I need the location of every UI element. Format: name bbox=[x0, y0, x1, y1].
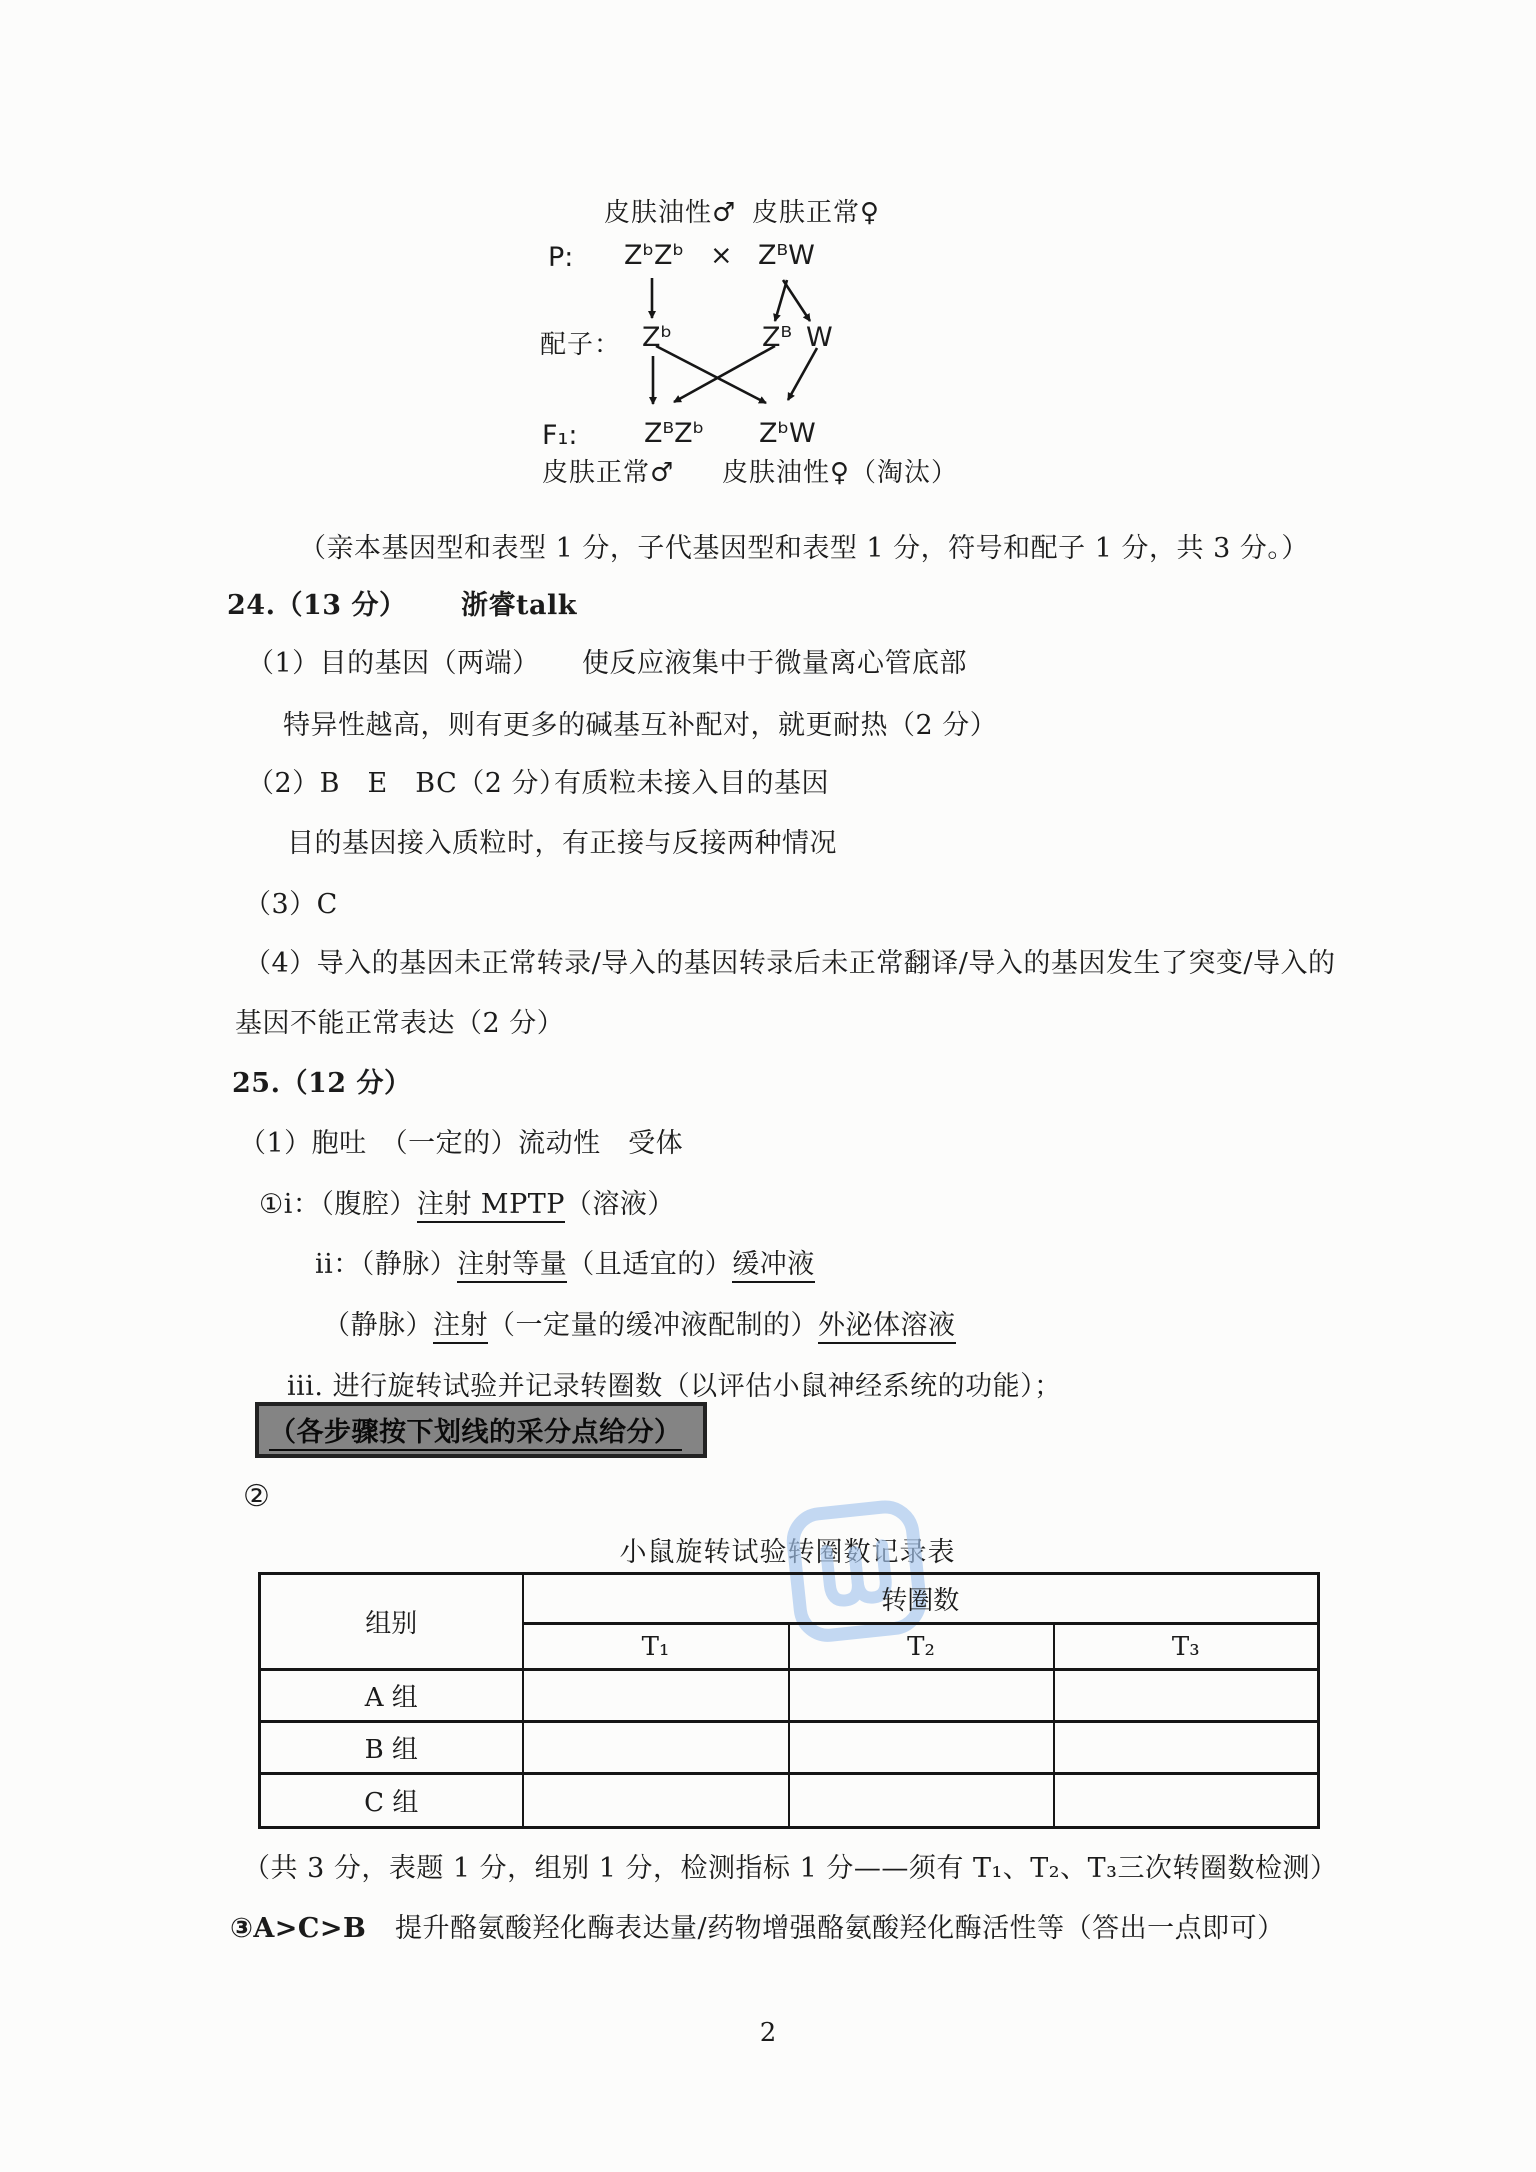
scoring-highlight-box: （各步骤按下划线的采分点给分） bbox=[255, 1402, 707, 1458]
step-ii-underlined-2: 缓冲液 bbox=[732, 1249, 815, 1283]
q24-heading: 24.（13 分） bbox=[227, 589, 406, 623]
parent-phenotype-female: 皮肤正常♀ bbox=[752, 192, 880, 229]
p-generation-label: P: bbox=[548, 242, 573, 273]
q24-answer2-part2: 有质粒未接入目的基因 bbox=[554, 767, 829, 801]
step-i-prefix: ①i：（腹腔） bbox=[259, 1189, 417, 1220]
header-span-turns: 转圈数 bbox=[523, 1574, 1319, 1624]
circled-2-marker: ② bbox=[243, 1478, 270, 1516]
cell-c-t1 bbox=[523, 1774, 789, 1828]
q24-answer3: （3）C bbox=[244, 888, 338, 922]
f1-label: F₁: bbox=[542, 420, 577, 451]
gametes-label: 配子： bbox=[540, 324, 621, 361]
q25-step-iii: iii. 进行旋转试验并记录转圈数（以评估小鼠神经系统的功能）； bbox=[287, 1370, 1062, 1404]
f1-phenotype-2: 皮肤油性♀（淘汰） bbox=[722, 452, 958, 489]
f1-genotype-2: ZᵇW bbox=[759, 418, 816, 449]
q24-answer4-line1: （4）导入的基因未正常转录/导入的基因转录后未正常翻译/导入的基因发生了突变/导… bbox=[244, 947, 1335, 981]
step-iib-prefix: （静脉） bbox=[323, 1310, 433, 1341]
scoring-highlight-text: （各步骤按下划线的采分点给分） bbox=[269, 1410, 682, 1451]
step-i-underlined: 注射 MPTP bbox=[417, 1189, 565, 1223]
row-b-label: B 组 bbox=[260, 1722, 523, 1774]
table-row-b: B 组 bbox=[260, 1722, 1319, 1774]
q25-answer3-result: ③A>C>B bbox=[230, 1912, 366, 1946]
record-table: 组别 转圈数 T₁ T₂ T₃ A 组 B 组 C 组 bbox=[258, 1572, 1320, 1829]
table-header-row-1: 组别 转圈数 bbox=[260, 1574, 1319, 1624]
gamete-mother-2: W bbox=[806, 322, 833, 353]
q25-step-i: ①i：（腹腔）注射 MPTP（溶液） bbox=[259, 1188, 675, 1222]
cell-b-t1 bbox=[523, 1722, 789, 1774]
document-page: 皮肤油性♂ 皮肤正常♀ P: ZᵇZᵇ × ZᴮW 配子： Zᵇ Zᴮ W F₁… bbox=[0, 0, 1536, 2172]
arrow-zB-to-f1left bbox=[674, 346, 775, 402]
step-iib-underlined-2: 外泌体溶液 bbox=[818, 1310, 956, 1344]
arrow-mother-gamete-right bbox=[783, 280, 810, 321]
q24-answer1-part2: 使反应液集中于微量离心管底部 bbox=[582, 647, 967, 681]
row-a-label: A 组 bbox=[260, 1670, 523, 1722]
cell-a-t1 bbox=[523, 1670, 789, 1722]
father-genotype: ZᵇZᵇ bbox=[624, 240, 684, 271]
f1-genotype-1: ZᴮZᵇ bbox=[644, 418, 704, 449]
header-t3: T₃ bbox=[1054, 1624, 1319, 1670]
gamete-mother-1: Zᴮ bbox=[762, 322, 792, 353]
f1-phenotype-1: 皮肤正常♂ bbox=[542, 452, 674, 489]
step-iib-underlined-1: 注射 bbox=[433, 1310, 488, 1344]
q24-answer1-part1: （1）目的基因（两端） bbox=[247, 647, 540, 681]
page-number: 2 bbox=[0, 2018, 1536, 2048]
table-scoring-note: （共 3 分，表题 1 分，组别 1 分，检测指标 1 分——须有 T₁、T₂、… bbox=[243, 1852, 1337, 1886]
cell-c-t2 bbox=[789, 1774, 1054, 1828]
q25-heading: 25.（12 分） bbox=[232, 1067, 411, 1101]
header-t2: T₂ bbox=[789, 1624, 1054, 1670]
q24-answer1-line2: 特异性越高，则有更多的碱基互补配对，就更耐热（2 分） bbox=[283, 709, 997, 743]
step-iib-mid: （一定量的缓冲液配制的） bbox=[488, 1310, 818, 1341]
table-row-c: C 组 bbox=[260, 1774, 1319, 1828]
step-ii-prefix: ii：（静脉） bbox=[315, 1249, 457, 1280]
q24-answer2-line2: 目的基因接入质粒时，有正接与反接两种情况 bbox=[287, 827, 837, 861]
step-ii-mid: （且适宜的） bbox=[567, 1249, 732, 1280]
q25-answer3-explanation: 提升酪氨酸羟化酶表达量/药物增强酪氨酸羟化酶活性等（答出一点即可） bbox=[395, 1912, 1285, 1946]
arrow-mother-gamete-left bbox=[775, 280, 787, 321]
q24-answer4-line2: 基因不能正常表达（2 分） bbox=[235, 1007, 564, 1041]
table-row-a: A 组 bbox=[260, 1670, 1319, 1722]
q24-heading-tag: 浙睿talk bbox=[461, 589, 577, 623]
header-group: 组别 bbox=[260, 1574, 523, 1670]
step-ii-underlined-1: 注射等量 bbox=[457, 1249, 567, 1283]
cell-b-t3 bbox=[1054, 1722, 1319, 1774]
diagram-scoring-note: （亲本基因型和表型 1 分，子代基因型和表型 1 分，符号和配子 1 分，共 3… bbox=[299, 532, 1309, 566]
arrow-zb-to-f1right bbox=[656, 346, 766, 403]
q25-step-ii: ii：（静脉）注射等量（且适宜的）缓冲液 bbox=[315, 1248, 815, 1282]
genetic-cross-diagram: 皮肤油性♂ 皮肤正常♀ P: ZᵇZᵇ × ZᴮW 配子： Zᵇ Zᴮ W F₁… bbox=[540, 190, 1010, 500]
cross-symbol: × bbox=[710, 240, 733, 271]
mother-genotype: ZᴮW bbox=[758, 240, 815, 271]
parent-phenotype-male: 皮肤油性♂ bbox=[604, 192, 736, 229]
cell-c-t3 bbox=[1054, 1774, 1319, 1828]
step-i-suffix: （溶液） bbox=[565, 1189, 675, 1220]
header-t1: T₁ bbox=[523, 1624, 789, 1670]
q24-answer2-part1: （2）B E BC（2 分） bbox=[247, 767, 567, 801]
step-iii-suffix: （以评估小鼠神经系统的功能）； bbox=[663, 1371, 1062, 1402]
q25-step-ii-b: （静脉）注射（一定量的缓冲液配制的）外泌体溶液 bbox=[323, 1309, 956, 1343]
cell-a-t3 bbox=[1054, 1670, 1319, 1722]
arrow-w-to-f1right bbox=[788, 348, 817, 400]
gamete-father: Zᵇ bbox=[642, 322, 672, 353]
row-c-label: C 组 bbox=[260, 1774, 523, 1828]
cell-a-t2 bbox=[789, 1670, 1054, 1722]
q25-answer1: （1）胞吐 （一定的）流动性 受体 bbox=[239, 1127, 683, 1161]
step-iii-underlined: iii. 进行旋转试验并记录转圈数 bbox=[287, 1371, 663, 1405]
cell-b-t2 bbox=[789, 1722, 1054, 1774]
